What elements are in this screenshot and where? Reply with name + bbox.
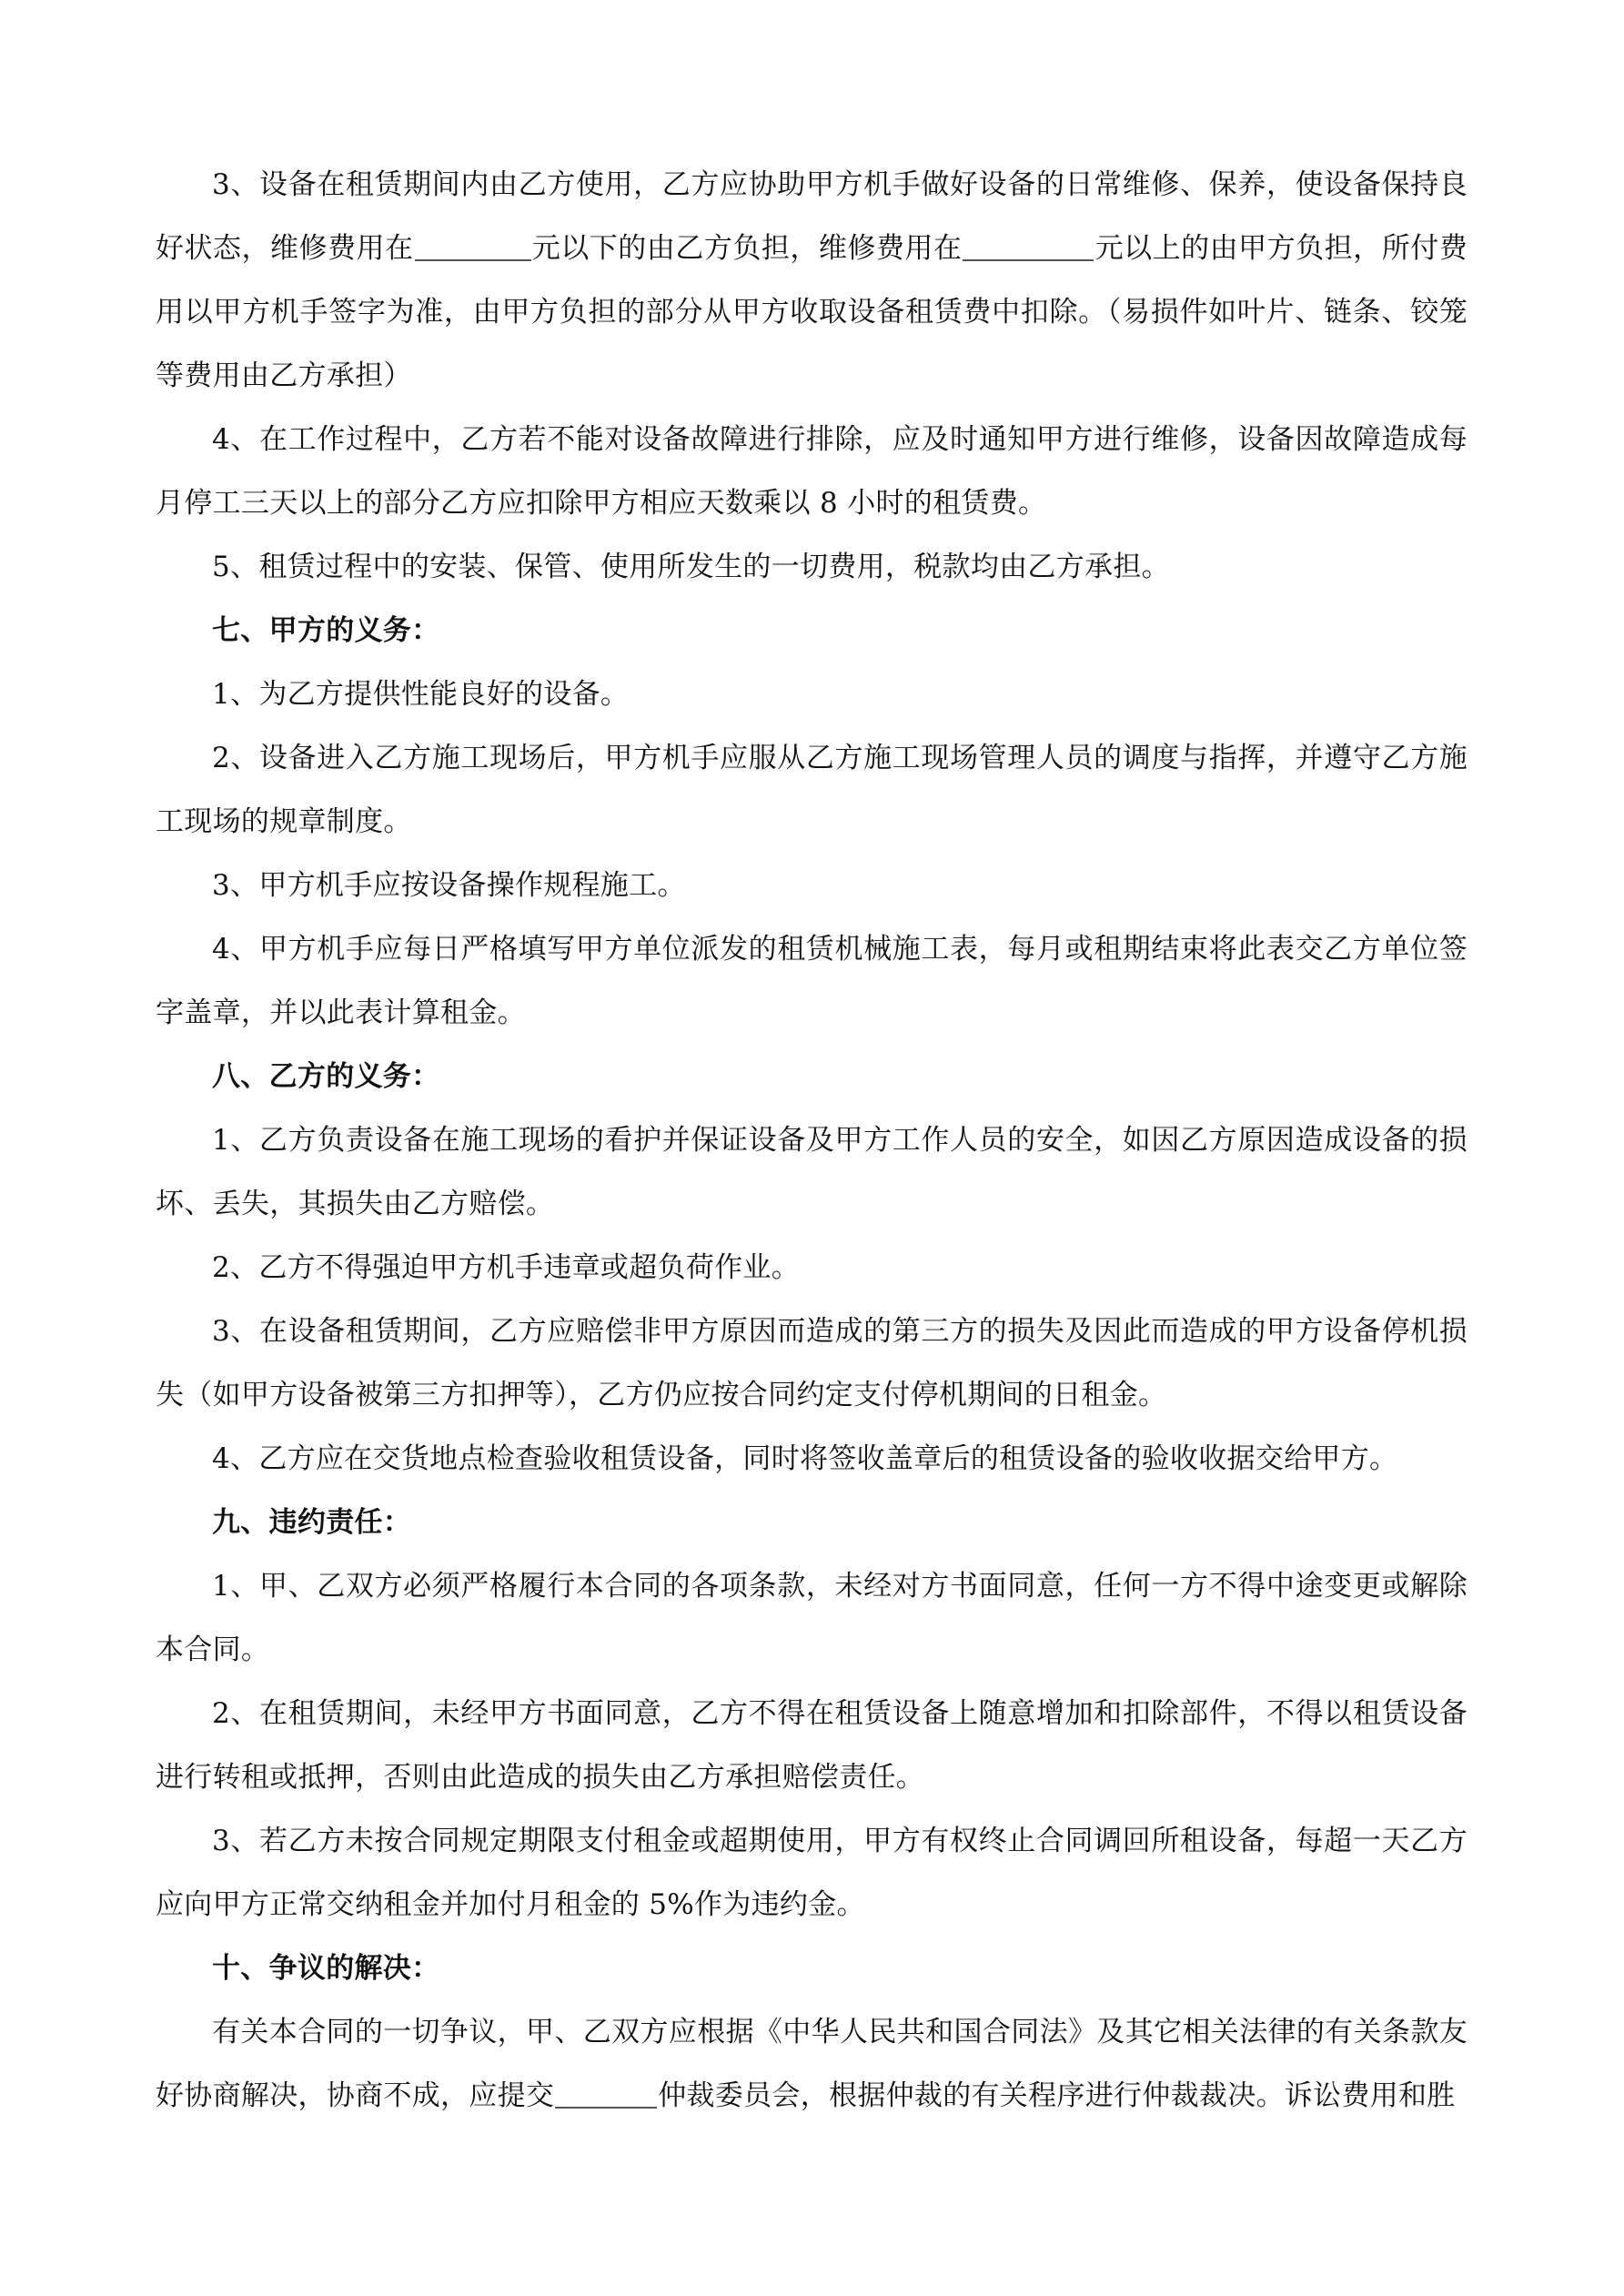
clause-9-1: 1、甲、乙双方必须严格履行本合同的各项条款，未经对方书面同意，任何一方不得中途变…: [156, 1554, 1468, 1682]
blank-repair-threshold-high[interactable]: [963, 236, 1094, 261]
clause-text: 仲裁委员会，根据仲裁的有关程序进行仲裁裁决。诉讼费用和胜: [658, 2079, 1455, 2112]
section-party-b-obligations: 八、乙方的义务： 1、乙方负责设备在施工现场的看护并保证设备及甲方工作人员的安全…: [156, 1045, 1468, 1491]
clause-7-1: 1、为乙方提供性能良好的设备。: [156, 663, 1468, 726]
section-party-a-obligations: 七、甲方的义务： 1、为乙方提供性能良好的设备。 2、设备进入乙方施工现场后，甲…: [156, 599, 1468, 1045]
clause-7-2: 2、设备进入乙方施工现场后，甲方机手应服从乙方施工现场管理人员的调度与指挥，并遵…: [156, 726, 1468, 854]
section-heading: 九、违约责任：: [156, 1491, 1468, 1554]
section-heading: 八、乙方的义务：: [156, 1045, 1468, 1108]
clause-6-3-maintenance: 3、设备在租赁期间内由乙方使用，乙方应协助甲方机手做好设备的日常维修、保养，使设…: [156, 153, 1468, 408]
clause-6-5-costs: 5、租赁过程中的安装、保管、使用所发生的一切费用，税款均由乙方承担。: [156, 535, 1468, 599]
blank-arbitration-commission[interactable]: [555, 2083, 657, 2109]
clause-7-3: 3、甲方机手应按设备操作规程施工。: [156, 854, 1468, 917]
clause-6-4-breakdown: 4、在工作过程中，乙方若不能对设备故障进行排除，应及时通知甲方进行维修，设备因故…: [156, 408, 1468, 535]
section-heading: 十、争议的解决：: [156, 1937, 1468, 2000]
clause-text: 元以下的由乙方负担，维修费用在: [532, 232, 963, 265]
blank-repair-threshold-low[interactable]: [415, 236, 531, 261]
clause-9-2: 2、在租赁期间，未经甲方书面同意，乙方不得在租赁设备上随意增加和扣除部件，不得以…: [156, 1682, 1468, 1809]
clause-8-4: 4、乙方应在交货地点检查验收租赁设备，同时将签收盖章后的租赁设备的验收收据交给甲…: [156, 1427, 1468, 1491]
clause-8-2: 2、乙方不得强迫甲方机手违章或超负荷作业。: [156, 1236, 1468, 1300]
section-dispute-resolution: 十、争议的解决： 有关本合同的一切争议，甲、乙双方应根据《中华人民共和国合同法》…: [156, 1937, 1468, 2128]
clause-9-3: 3、若乙方未按合同规定期限支付租金或超期使用，甲方有权终止合同调回所租设备，每超…: [156, 1809, 1468, 1937]
clause-10-1: 有关本合同的一切争议，甲、乙双方应根据《中华人民共和国合同法》及其它相关法律的有…: [156, 2000, 1468, 2128]
clause-8-3: 3、在设备租赁期间，乙方应赔偿非甲方原因而造成的第三方的损失及因此而造成的甲方设…: [156, 1300, 1468, 1427]
section-breach-liability: 九、违约责任： 1、甲、乙双方必须严格履行本合同的各项条款，未经对方书面同意，任…: [156, 1491, 1468, 1937]
document-page: 3、设备在租赁期间内由乙方使用，乙方应协助甲方机手做好设备的日常维修、保养，使设…: [156, 153, 1468, 2128]
clause-8-1: 1、乙方负责设备在施工现场的看护并保证设备及甲方工作人员的安全，如因乙方原因造成…: [156, 1108, 1468, 1236]
section-equipment-terms-continued: 3、设备在租赁期间内由乙方使用，乙方应协助甲方机手做好设备的日常维修、保养，使设…: [156, 153, 1468, 599]
section-heading: 七、甲方的义务：: [156, 599, 1468, 663]
clause-7-4: 4、甲方机手应每日严格填写甲方单位派发的租赁机械施工表，每月或租期结束将此表交乙…: [156, 917, 1468, 1045]
